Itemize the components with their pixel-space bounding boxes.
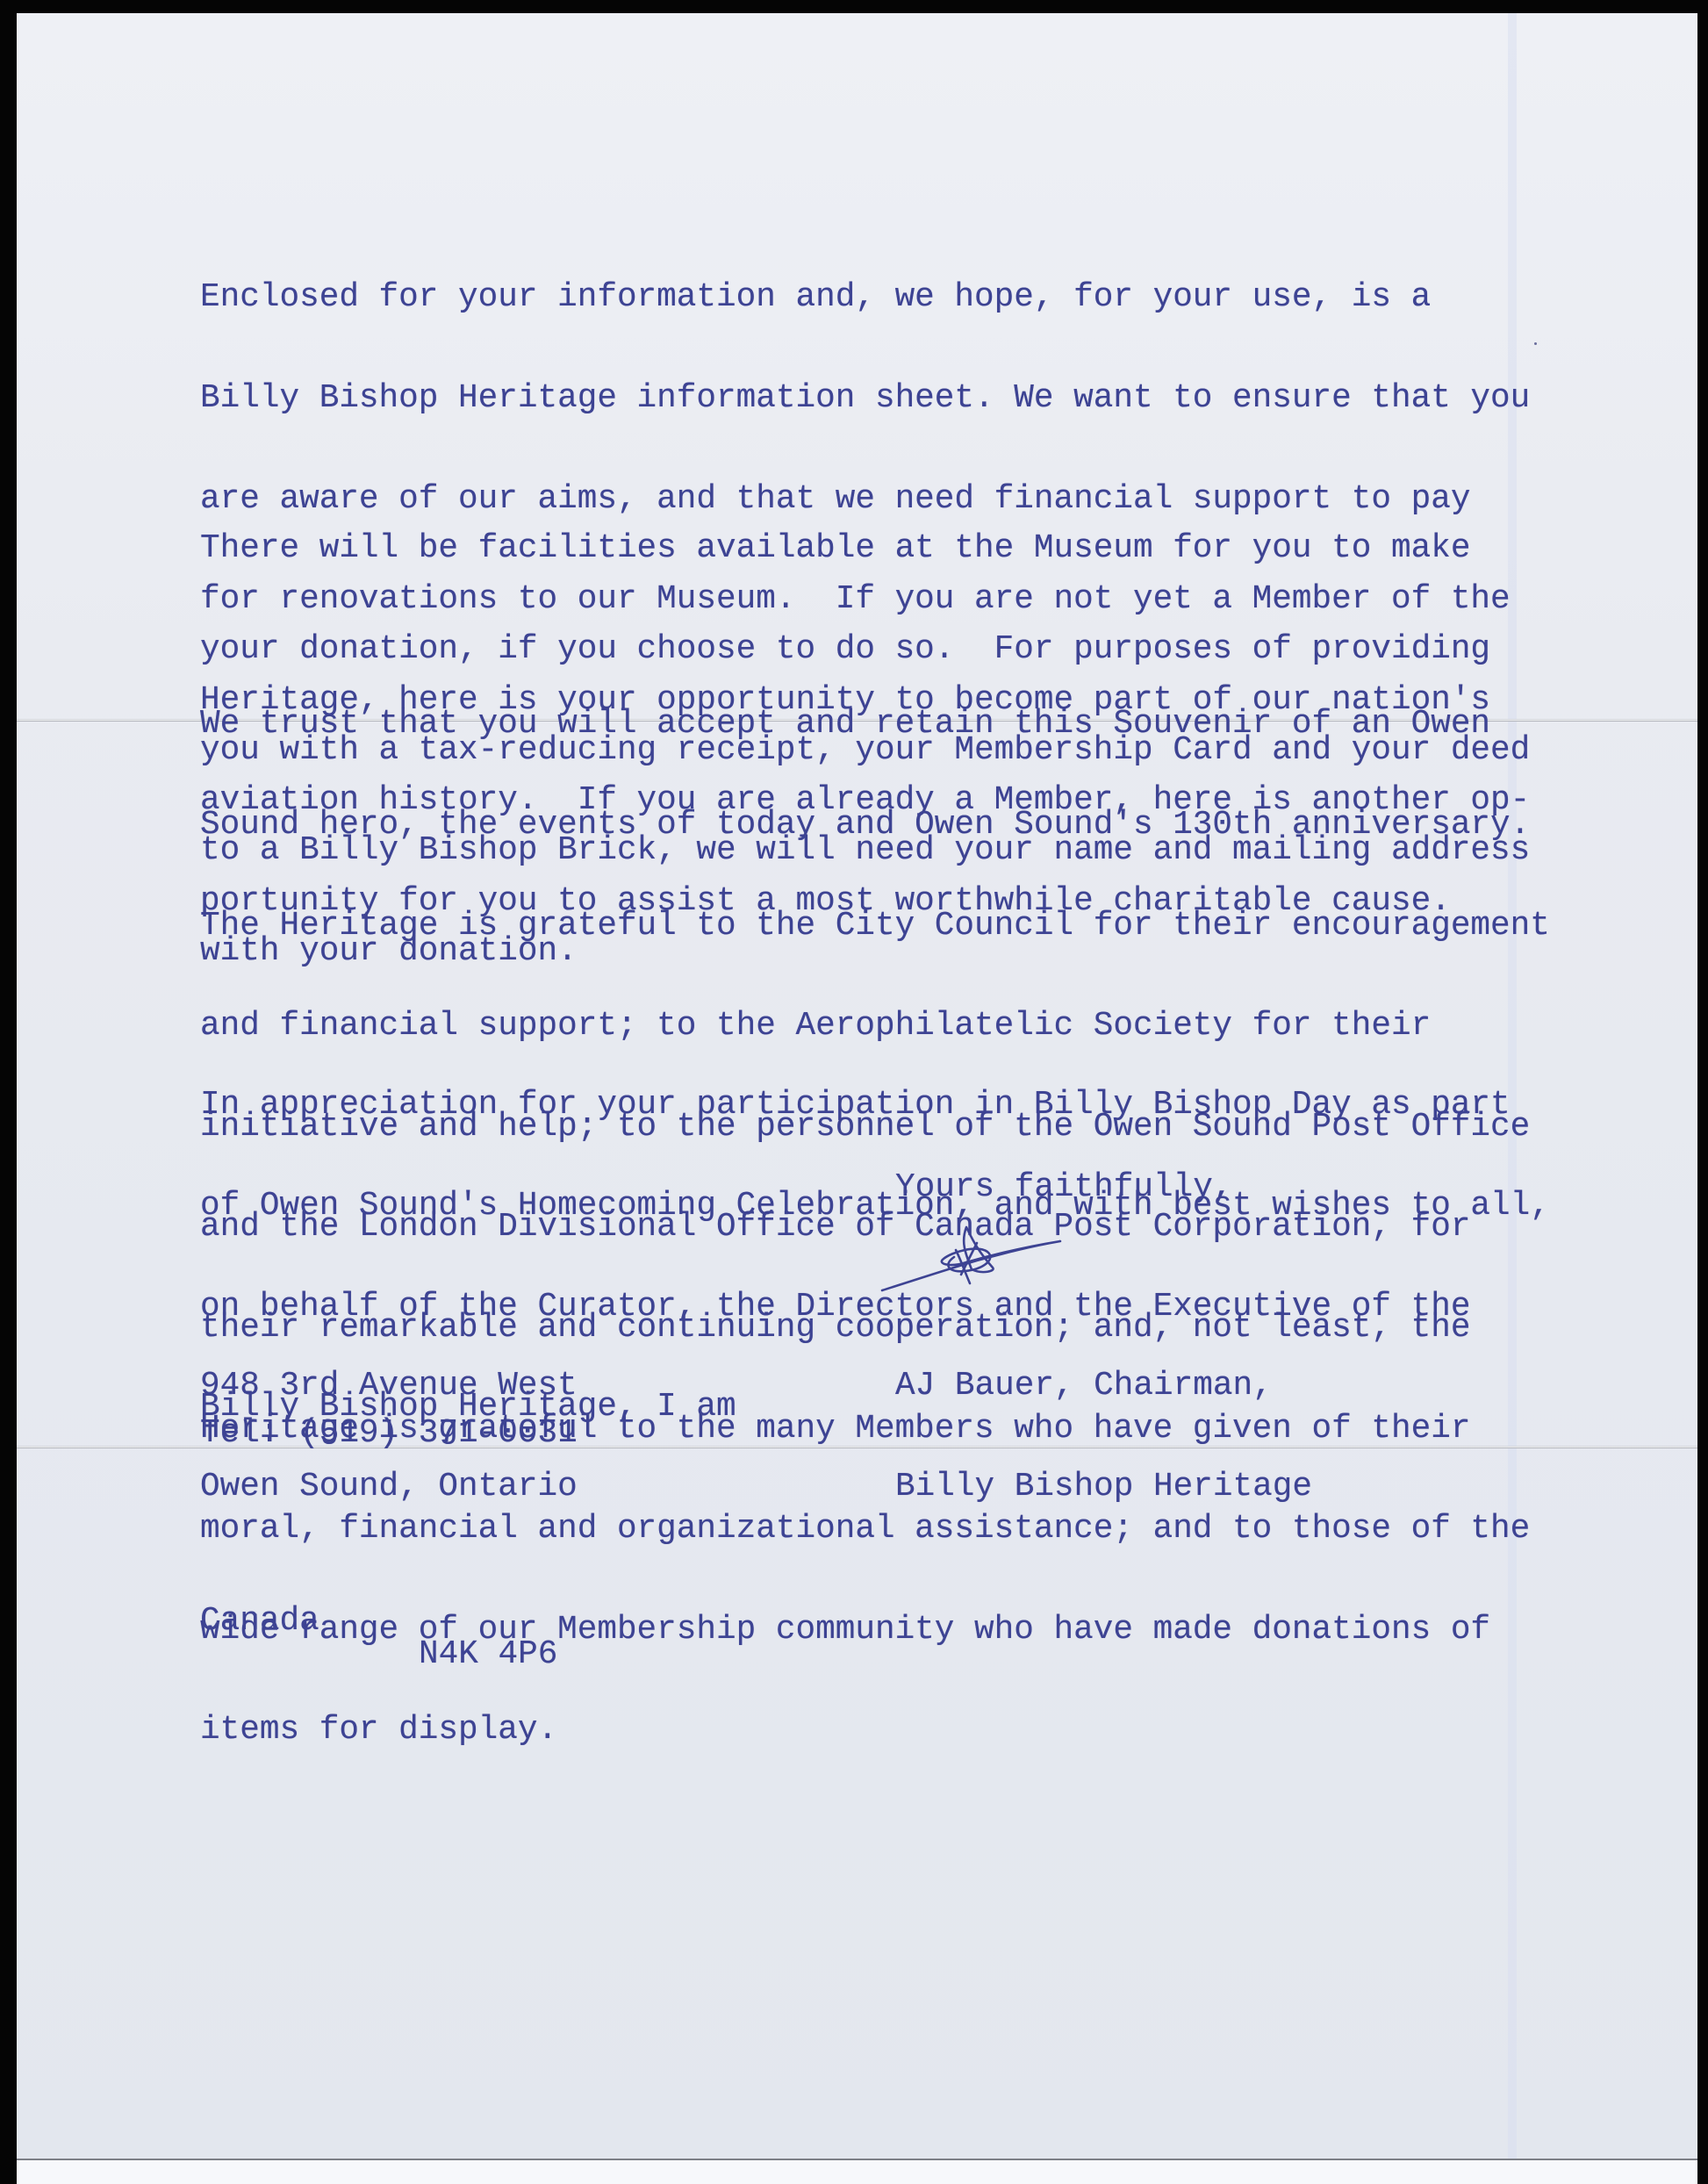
text-line: In appreciation for your participation i… [200,1088,1550,1122]
address-postal-code: N4K 4P6 [419,1638,557,1671]
text-line: There will be facilities available at th… [200,532,1530,565]
text-line: Sound hero, the events of today and Owen… [200,808,1550,842]
text-line: We trust that you will accept and retain… [200,708,1550,741]
text-line: Billy Bishop Heritage information sheet.… [200,382,1530,415]
signatory-block: AJ Bauer, Chairman, Billy Bishop Heritag… [895,1303,1312,1537]
signatory-name: AJ Bauer, Chairman, [895,1369,1312,1403]
phone-number: Tel: (519) 371-0031 [200,1417,578,1450]
stray-mark [1534,342,1537,345]
text-line: of Owen Sound's Homecoming Celebration, … [200,1189,1550,1223]
address-country: Canada [200,1605,319,1638]
text-line: items for display. [200,1713,1550,1747]
address-block: 948 3rd Avenue West Owen Sound, Ontario … [200,1303,578,1638]
address-city: Owen Sound, Ontario [200,1470,578,1504]
signature-icon [880,1225,1065,1296]
address-street: 948 3rd Avenue West [200,1369,578,1403]
address-country-row: Canada N4K 4P6 [200,1571,578,1605]
text-line: The Heritage is grateful to the City Cou… [200,909,1550,943]
scanner-bed-strip [17,2160,1697,2184]
signatory-organization: Billy Bishop Heritage [895,1470,1312,1504]
text-line: Enclosed for your information and, we ho… [200,281,1530,314]
closing: Yours faithfully, [895,1171,1232,1204]
